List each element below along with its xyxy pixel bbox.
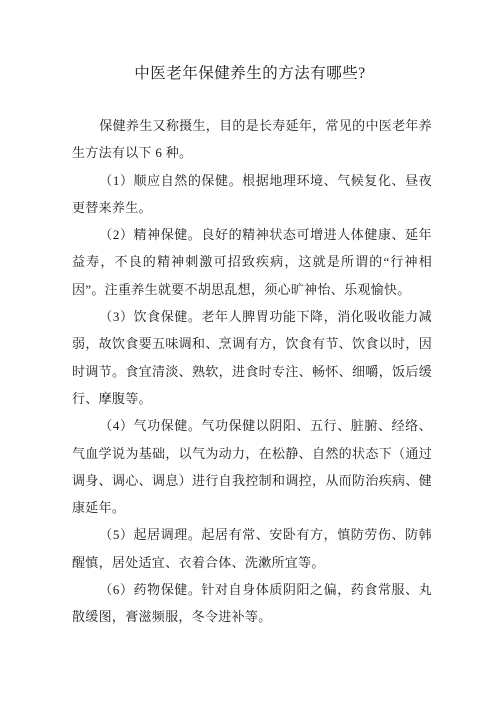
paragraph-item-6: （6）药物保健。针对自身体质阴阳之偏，药食常服、丸散缓图，膏滋频服，冬令进补等。	[72, 576, 432, 631]
paragraph-item-3: （3）饮食保健。老年人脾胃功能下降，消化吸收能力减弱，故饮食要五味调和、烹调有方…	[72, 303, 432, 412]
paragraph-item-5: （5）起居调理。起居有常、安卧有方，慎防劳伤、防韩醒慎，居处适宜、衣着合体、洗漱…	[72, 521, 432, 576]
paragraph-item-4: （4）气功保健。气功保健以阴阳、五行、脏腑、经络、气血学说为基础，以气为动力，在…	[72, 412, 432, 521]
paragraph-item-2: （2）精神保健。良好的精神状态可增进人体健康、延年益寿，不良的精神刺激可招致疾病…	[72, 221, 432, 303]
intro-paragraph: 保健养生又称摄生，目的是长寿延年，常见的中医老年养生方法有以下 6 种。	[72, 112, 432, 167]
paragraph-item-1: （1）顺应自然的保健。根据地理环境、气候复化、昼夜更替来养生。	[72, 167, 432, 222]
document-title: 中医老年保健养生的方法有哪些?	[0, 0, 500, 86]
document-page: 中医老年保健养生的方法有哪些? 保健养生又称摄生，目的是长寿延年，常见的中医老年…	[0, 0, 500, 707]
document-body: 保健养生又称摄生，目的是长寿延年，常见的中医老年养生方法有以下 6 种。 （1）…	[72, 112, 432, 631]
